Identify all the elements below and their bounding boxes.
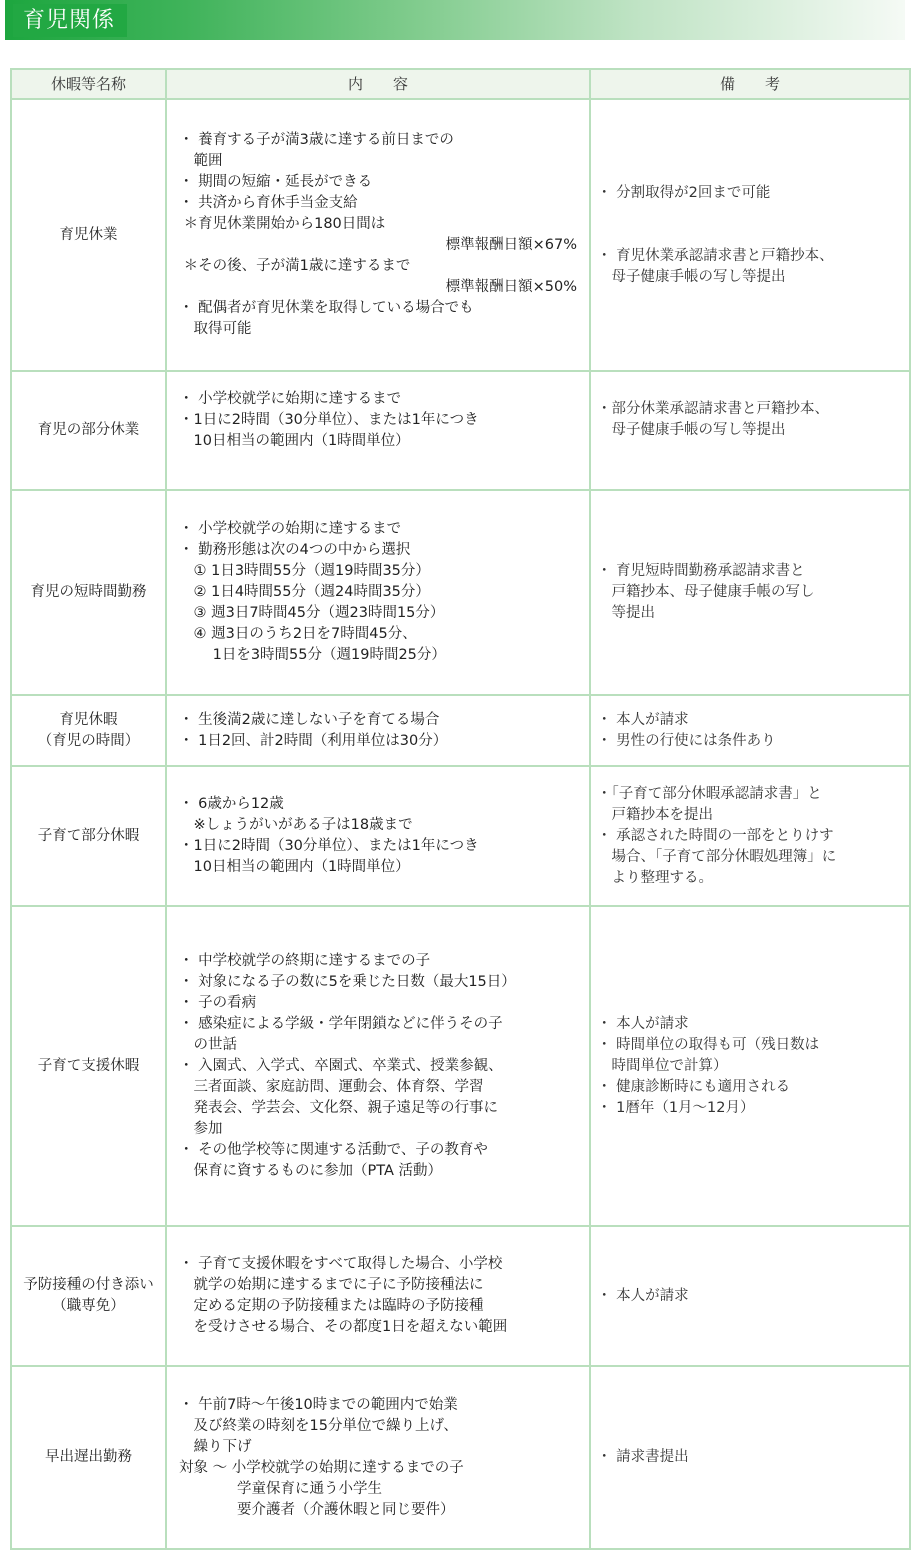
content-line: 発表会、学芸会、文化祭、親子遠足等の行事に	[179, 1098, 581, 1119]
table-body: 育児休業・ 養育する子が満3歳に達する前日までの 範囲・ 期間の短縮・延長ができ…	[11, 99, 910, 1549]
content-line: ・ 共済から育休手当金支給	[179, 193, 581, 214]
content-line: ・ 小学校就学に始期に達するまで	[179, 389, 581, 410]
section-title: 育児関係	[13, 4, 127, 37]
leave-name: 予防接種の付き添い	[12, 1275, 165, 1296]
content-line: 範囲	[179, 151, 581, 172]
notes-cell: ・ 育児短時間勤務承認請求書と 戸籍抄本、母子健康手帳の写し 等提出	[590, 490, 910, 695]
content-line: ④ 週3日のうち2日を7時間45分、	[179, 624, 581, 645]
notes-cell: ・ 本人が請求・ 男性の行使には条件あり	[590, 695, 910, 766]
content-line: ・ 勤務形態は次の4つの中から選択	[179, 540, 581, 561]
notes-line: ・ 育児短時間勤務承認請求書と	[597, 561, 901, 582]
notes-cell: ・「子育て部分休暇承認請求書」と 戸籍抄本を提出・ 承認された時間の一部をとりけ…	[590, 766, 910, 906]
notes-line: ・ 請求書提出	[597, 1447, 901, 1468]
notes-line: 場合、「子育て部分休暇処理簿」に	[597, 847, 901, 868]
content-line-right: 標準報酬日額×67%	[179, 235, 581, 256]
content-line: 及び終業の時刻を15分単位で繰り上げ、	[179, 1416, 581, 1437]
leave-name: （育児の時間）	[12, 731, 165, 752]
notes-line: ・「子育て部分休暇承認請求書」と	[597, 784, 901, 805]
content-line: ② 1日4時間55分（週24時間35分）	[179, 582, 581, 603]
content-cell: ・ 子育て支援休暇をすべて取得した場合、小学校 就学の始期に達するまでに子に予防…	[166, 1226, 590, 1366]
leave-name-cell: 育児休業	[11, 99, 166, 371]
content-line: 10日相当の範囲内（1時間単位）	[179, 431, 581, 452]
notes-line: ・ 男性の行使には条件あり	[597, 731, 901, 752]
content-line: 定める定期の予防接種または臨時の予防接種	[179, 1296, 581, 1317]
content-cell: ・ 6歳から12歳 ※しょうがいがある子は18歳まで・1日に2時間（30分単位）…	[166, 766, 590, 906]
notes-line: ・部分休業承認請求書と戸籍抄本、	[597, 399, 901, 420]
leave-name: 育児休業	[12, 225, 165, 246]
content-line	[179, 452, 581, 473]
notes-line: ・ 本人が請求	[597, 710, 901, 731]
leave-name: 育児の短時間勤務	[12, 582, 165, 603]
content-line: 要介護者（介護休暇と同じ要件）	[179, 1500, 581, 1521]
content-line: ※しょうがいがある子は18歳まで	[179, 815, 581, 836]
content-line: ・ 配偶者が育児休業を取得している場合でも	[179, 298, 581, 319]
content-line: ・ その他学校等に関連する活動で、子の教育や	[179, 1140, 581, 1161]
content-line: 保育に資するものに参加（PTA 活動）	[179, 1161, 581, 1182]
content-line: ・ 1日2回、計2時間（利用単位は30分）	[179, 731, 581, 752]
content-line: ・ 入園式、入学式、卒園式、卒業式、授業参観、	[179, 1056, 581, 1077]
content-cell: ・ 午前7時～午後10時までの範囲内で始業 及び終業の時刻を15分単位で繰り上げ…	[166, 1366, 590, 1549]
table-row: 子育て支援休暇・ 中学校就学の終期に達するまでの子・ 対象になる子の数に5を乗じ…	[11, 906, 910, 1226]
content-line: 取得可能	[179, 319, 581, 340]
table-row: 子育て部分休暇・ 6歳から12歳 ※しょうがいがある子は18歳まで・1日に2時間…	[11, 766, 910, 906]
notes-cell: ・ 本人が請求・ 時間単位の取得も可（残日数は 時間単位で計算）・ 健康診断時に…	[590, 906, 910, 1226]
content-line: ・ 午前7時～午後10時までの範囲内で始業	[179, 1395, 581, 1416]
content-cell: ・ 養育する子が満3歳に達する前日までの 範囲・ 期間の短縮・延長ができる・ 共…	[166, 99, 590, 371]
content-line: ・ 感染症による学級・学年閉鎖などに伴うその子	[179, 1014, 581, 1035]
content-line: ③ 週3日7時間45分（週23時間15分）	[179, 603, 581, 624]
content-line: ・ 中学校就学の終期に達するまでの子	[179, 951, 581, 972]
content-line: ・ 小学校就学の始期に達するまで	[179, 519, 581, 540]
table-row: 育児の短時間勤務・ 小学校就学の始期に達するまで・ 勤務形態は次の4つの中から選…	[11, 490, 910, 695]
notes-line	[597, 204, 901, 225]
content-line: ・ 養育する子が満3歳に達する前日までの	[179, 130, 581, 151]
content-cell: ・ 小学校就学の始期に達するまで・ 勤務形態は次の4つの中から選択 ① 1日3時…	[166, 490, 590, 695]
notes-line: 等提出	[597, 603, 901, 624]
leave-name: 子育て部分休暇	[12, 826, 165, 847]
notes-line: ・ 1暦年（1月～12月）	[597, 1098, 901, 1119]
leave-name: 子育て支援休暇	[12, 1056, 165, 1077]
content-line: ・ 対象になる子の数に5を乗じた日数（最大15日）	[179, 972, 581, 993]
leave-name: 育児休暇	[12, 710, 165, 731]
notes-line: 母子健康手帳の写し等提出	[597, 420, 901, 441]
content-line: 10日相当の範囲内（1時間単位）	[179, 857, 581, 878]
table-header-row: 休暇等名称 内 容 備 考	[11, 69, 910, 99]
leave-name-cell: 子育て支援休暇	[11, 906, 166, 1226]
leave-name-cell: 育児の部分休業	[11, 371, 166, 490]
leave-name-cell: 育児の短時間勤務	[11, 490, 166, 695]
content-line-right: 標準報酬日額×50%	[179, 277, 581, 298]
notes-line: 時間単位で計算）	[597, 1056, 901, 1077]
notes-line: 戸籍抄本、母子健康手帳の写し	[597, 582, 901, 603]
content-line: を受けさせる場合、その都度1日を超えない範囲	[179, 1317, 581, 1338]
content-line: ① 1日3時間55分（週19時間35分）	[179, 561, 581, 582]
leave-name-cell: 予防接種の付き添い（職専免）	[11, 1226, 166, 1366]
leave-name: （職専免）	[12, 1296, 165, 1317]
content-line: ・ 子育て支援休暇をすべて取得した場合、小学校	[179, 1254, 581, 1275]
leave-table: 休暇等名称 内 容 備 考 育児休業・ 養育する子が満3歳に達する前日までの 範…	[10, 68, 911, 1550]
notes-line: ・ 承認された時間の一部をとりけす	[597, 826, 901, 847]
leave-name-cell: 育児休暇（育児の時間）	[11, 695, 166, 766]
notes-line	[597, 441, 901, 462]
content-line: の世話	[179, 1035, 581, 1056]
content-line: 参加	[179, 1119, 581, 1140]
notes-line: ・ 本人が請求	[597, 1286, 901, 1307]
header-content: 内 容	[166, 69, 590, 99]
notes-line: 母子健康手帳の写し等提出	[597, 267, 901, 288]
content-line: ・ 子の看病	[179, 993, 581, 1014]
table-row: 予防接種の付き添い（職専免）・ 子育て支援休暇をすべて取得した場合、小学校 就学…	[11, 1226, 910, 1366]
table-row: 育児休暇（育児の時間）・ 生後満2歳に達しない子を育てる場合・ 1日2回、計2時…	[11, 695, 910, 766]
notes-cell: ・ 本人が請求	[590, 1226, 910, 1366]
content-line: ・ 期間の短縮・延長ができる	[179, 172, 581, 193]
content-line: ＊育児休業開始から180日間は	[179, 214, 581, 235]
content-line: 1日を3時間55分（週19時間25分）	[179, 645, 581, 666]
content-line: ・ 生後満2歳に達しない子を育てる場合	[179, 710, 581, 731]
table-row: 育児の部分休業・ 小学校就学に始期に達するまで・1日に2時間（30分単位）、また…	[11, 371, 910, 490]
content-line: ・1日に2時間（30分単位）、または1年につき	[179, 410, 581, 431]
header-notes: 備 考	[590, 69, 910, 99]
notes-line: ・ 本人が請求	[597, 1014, 901, 1035]
content-line: ・ 6歳から12歳	[179, 794, 581, 815]
content-cell: ・ 生後満2歳に達しない子を育てる場合・ 1日2回、計2時間（利用単位は30分）	[166, 695, 590, 766]
section-banner: 育児関係	[5, 0, 905, 40]
table-row: 育児休業・ 養育する子が満3歳に達する前日までの 範囲・ 期間の短縮・延長ができ…	[11, 99, 910, 371]
notes-line: 戸籍抄本を提出	[597, 805, 901, 826]
content-line: ＊その後、子が満1歳に達するまで	[179, 256, 581, 277]
notes-line	[597, 225, 901, 246]
table-row: 早出遅出勤務・ 午前7時～午後10時までの範囲内で始業 及び終業の時刻を15分単…	[11, 1366, 910, 1549]
content-line: 就学の始期に達するまでに子に予防接種法に	[179, 1275, 581, 1296]
notes-line: ・ 健康診断時にも適用される	[597, 1077, 901, 1098]
content-line: 学童保育に通う小学生	[179, 1479, 581, 1500]
content-line: ・1日に2時間（30分単位）、または1年につき	[179, 836, 581, 857]
leave-name-cell: 早出遅出勤務	[11, 1366, 166, 1549]
leave-name: 早出遅出勤務	[12, 1447, 165, 1468]
content-cell: ・ 小学校就学に始期に達するまで・1日に2時間（30分単位）、または1年につき …	[166, 371, 590, 490]
notes-line: ・ 時間単位の取得も可（残日数は	[597, 1035, 901, 1056]
notes-cell: ・ 請求書提出	[590, 1366, 910, 1549]
content-cell: ・ 中学校就学の終期に達するまでの子・ 対象になる子の数に5を乗じた日数（最大1…	[166, 906, 590, 1226]
header-leave-name: 休暇等名称	[11, 69, 166, 99]
content-line: 対象 ～ 小学校就学の始期に達するまでの子	[179, 1458, 581, 1479]
content-line: 繰り下げ	[179, 1437, 581, 1458]
content-line: 三者面談、家庭訪問、運動会、体育祭、学習	[179, 1077, 581, 1098]
notes-cell: ・ 分割取得が2回まで可能 ・ 育児休業承認請求書と戸籍抄本、 母子健康手帳の写…	[590, 99, 910, 371]
leave-name: 育児の部分休業	[12, 420, 165, 441]
notes-line: ・ 分割取得が2回まで可能	[597, 183, 901, 204]
notes-line: より整理する。	[597, 868, 901, 889]
notes-cell: ・部分休業承認請求書と戸籍抄本、 母子健康手帳の写し等提出	[590, 371, 910, 490]
leave-name-cell: 子育て部分休暇	[11, 766, 166, 906]
notes-line: ・ 育児休業承認請求書と戸籍抄本、	[597, 246, 901, 267]
